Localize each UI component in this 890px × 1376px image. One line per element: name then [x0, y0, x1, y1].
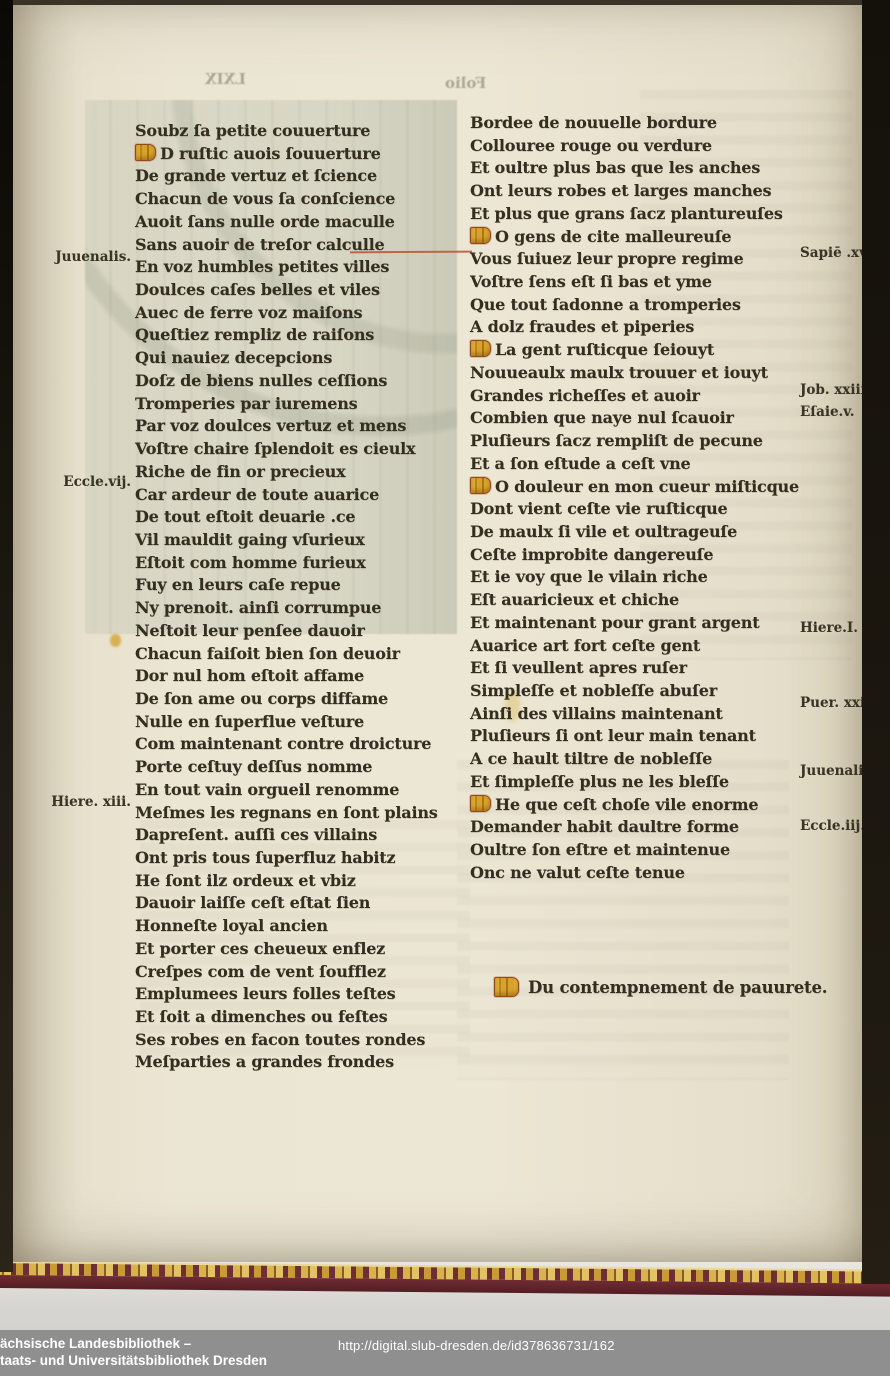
- verse-line: He que ceſt choſe vile enorme: [470, 794, 808, 817]
- verse-line: Dapreſent. auſſi ces villains: [135, 824, 473, 847]
- verse-line: Par voz doulces vertuz et mens: [135, 415, 473, 438]
- verse-line: Car ardeur de toute auarice: [135, 484, 473, 507]
- digital-collection-url: http://digital.slub-dresden.de/id3786367…: [338, 1338, 615, 1353]
- verse-line: Auec de ferre voz maiſons: [135, 302, 473, 325]
- verse-line: Grandes richeſſes et auoir: [470, 385, 808, 408]
- library-name: Sächsische Landesbibliothek – Staats- un…: [0, 1335, 330, 1369]
- rubricated-pilcrow-icon: [135, 144, 156, 161]
- verse-line: Et maintenant pour grant argent: [470, 612, 808, 635]
- verse-line: Ont leurs robes et larges manches: [470, 180, 808, 203]
- library-name-line2: Staats- und Universitätsbibliothek Dresd…: [0, 1352, 330, 1369]
- gold-paint-stain: [110, 634, 121, 647]
- verse-line: Et oultre plus bas que les anches: [470, 157, 808, 180]
- parchment-page: LXIX Folio Soubz ſa petite couuertureD r…: [13, 4, 862, 1262]
- verse-line: O douleur en mon cueur miſticque: [470, 476, 808, 499]
- verse-line: Et ie voy que le vilain riche: [470, 566, 808, 589]
- verse-line: Dor nul hom eſtoit affame: [135, 665, 473, 688]
- library-watermark-bar: Sächsische Landesbibliothek – Staats- un…: [0, 1330, 890, 1376]
- verse-line: Pluſieurs ſacz rempliſt de pecune: [470, 430, 808, 453]
- rubricated-pilcrow-icon: [494, 977, 519, 997]
- verse-line: Creſpes com de vent ſoufflez: [135, 961, 473, 984]
- verse-line: Sans auoir de treſor calculle: [135, 234, 473, 257]
- verse-line: Nulle en ſuperflue veſture: [135, 711, 473, 734]
- verse-line: Eſtoit com homme furieux: [135, 552, 473, 575]
- verse-line: Meſparties a grandes frondes: [135, 1051, 473, 1074]
- verse-column-left: Soubz ſa petite couuertureD ruſtic auois…: [135, 120, 473, 1074]
- verse-line: Porte ceſtuy deſſus nomme: [135, 756, 473, 779]
- verse-line: Voſtre chaire ſplendoit es cieulx: [135, 438, 473, 461]
- scan-edge-right: [862, 0, 890, 1284]
- verse-line: De grande vertuz et ſcience: [135, 165, 473, 188]
- verse-line: Meſmes les regnans en ſont plains: [135, 802, 473, 825]
- verse-line: Vil mauldit gaing vſurieux: [135, 529, 473, 552]
- verse-line: Dont vient ceſte vie ruſticque: [470, 498, 808, 521]
- verse-line: Queſtiez rempliz de raiſons: [135, 324, 473, 347]
- scan-edge-top: [0, 0, 890, 5]
- rubricated-pilcrow-icon: [470, 795, 491, 812]
- showthrough-page-number: LXIX: [205, 70, 246, 88]
- verse-line: Fuy en leurs caſe repue: [135, 574, 473, 597]
- verse-line: Et porter ces cheueux enflez: [135, 938, 473, 961]
- verse-line: Chacun faiſoit bien ſon deuoir: [135, 643, 473, 666]
- verse-line: En voz humbles petites villes: [135, 256, 473, 279]
- margin-citation: Eccle.iij.: [800, 818, 865, 834]
- verse-line: Tromperies par iuremens: [135, 393, 473, 416]
- margin-citation: Hiere. xiii.: [33, 794, 131, 810]
- margin-citation: Eſaie.v.: [800, 404, 854, 420]
- verse-line: Voſtre ſens eſt ſi bas et yme: [470, 271, 808, 294]
- verse-line: Emplumees leurs folles teſtes: [135, 983, 473, 1006]
- verse-line: A ce hault tiltre de nobleſſe: [470, 748, 808, 771]
- verse-line: Ont pris tous ſuperfluz habitz: [135, 847, 473, 870]
- verse-line: Eſt auaricieux et chiche: [470, 589, 808, 612]
- verse-line: Demander habit daultre forme: [470, 816, 808, 839]
- verse-line: Neſtoit leur penſee dauoir: [135, 620, 473, 643]
- verse-line: Et ſimpleſſe plus ne les bleſſe: [470, 771, 808, 794]
- verse-line: Doulces caſes belles et viles: [135, 279, 473, 302]
- verse-line: Simpleſſe et nobleſſe abuſer: [470, 680, 808, 703]
- verse-line: Collouree rouge ou verdure: [470, 135, 808, 158]
- rubricated-pilcrow-icon: [470, 477, 491, 494]
- verse-line: Combien que naye nul ſcauoir: [470, 407, 808, 430]
- verse-line: Ses robes en facon toutes rondes: [135, 1029, 473, 1052]
- verse-line: Et ſi veullent apres ruſer: [470, 657, 808, 680]
- verse-line: Auarice art fort ceſte gent: [470, 635, 808, 658]
- verse-line: Doſz de biens nulles ceſſions: [135, 370, 473, 393]
- verse-line: Et ſoit a dimenches ou feſtes: [135, 1006, 473, 1029]
- verse-column-right: Bordee de nouuelle bordureCollouree roug…: [470, 112, 808, 884]
- verse-line: Ainſi des villains maintenant: [470, 703, 808, 726]
- verse-line: Com maintenant contre droicture: [135, 733, 473, 756]
- rubricated-pilcrow-icon: [470, 340, 491, 357]
- verse-line: Auoit ſans nulle orde maculle: [135, 211, 473, 234]
- verse-line: Bordee de nouuelle bordure: [470, 112, 808, 135]
- library-name-line1: Sächsische Landesbibliothek –: [0, 1335, 330, 1352]
- verse-line: Et plus que grans ſacz plantureuſes: [470, 203, 808, 226]
- verse-line: O gens de cite malleureuſe: [470, 226, 808, 249]
- verse-line: Vous ſuiuez leur propre regime: [470, 248, 808, 271]
- verse-line: Riche de fin or precieux: [135, 461, 473, 484]
- verse-line: Qui nauiez decepcions: [135, 347, 473, 370]
- section-heading-text: Du contempnement de pauurete.: [528, 978, 827, 997]
- verse-line: De ſon ame ou corps diffame: [135, 688, 473, 711]
- verse-line: D ruſtic auois ſouuerture: [135, 143, 473, 166]
- margin-citation: Juuenalis.: [33, 249, 131, 265]
- verse-line: Oultre ſon eſtre et maintenue: [470, 839, 808, 862]
- verse-line: Que tout ſadonne a tromperies: [470, 294, 808, 317]
- showthrough-folio-label: Folio: [445, 74, 486, 92]
- verse-line: De tout eſtoit deuarie .ce: [135, 506, 473, 529]
- scanned-book-page: LXIX Folio Soubz ſa petite couuertureD r…: [0, 0, 890, 1376]
- verse-line: Dauoir laiſſe ceſt eſtat ſien: [135, 892, 473, 915]
- rubricated-pilcrow-icon: [470, 227, 491, 244]
- verse-line: La gent ruſticque ſeiouyt: [470, 339, 808, 362]
- verse-line: Honneſte loyal ancien: [135, 915, 473, 938]
- section-heading: Du contempnement de pauurete.: [494, 977, 827, 997]
- scan-edge-left: [0, 0, 13, 1272]
- margin-citation: Eccle.vij.: [33, 474, 131, 490]
- verse-line: He ſont ilz ordeux et vbiz: [135, 870, 473, 893]
- verse-line: En tout vain orgueil renomme: [135, 779, 473, 802]
- verse-line: Nouueaulx maulx trouuer et iouyt: [470, 362, 808, 385]
- verse-line: Pluſieurs ſi ont leur main tenant: [470, 725, 808, 748]
- verse-line: A dolz fraudes et piperies: [470, 316, 808, 339]
- verse-line: Chacun de vous ſa conſcience: [135, 188, 473, 211]
- verse-line: Et a ſon eſtude a ceſt vne: [470, 453, 808, 476]
- verse-line: Ceſte improbite dangereuſe: [470, 544, 808, 567]
- verse-line: Soubz ſa petite couuerture: [135, 120, 473, 143]
- verse-line: Ny prenoit. ainſi corrumpue: [135, 597, 473, 620]
- verse-line: Onc ne valut ceſte tenue: [470, 862, 808, 885]
- margin-citation: Hiere.I.: [800, 620, 858, 636]
- verse-line: De maulx ſi vile et oultrageuſe: [470, 521, 808, 544]
